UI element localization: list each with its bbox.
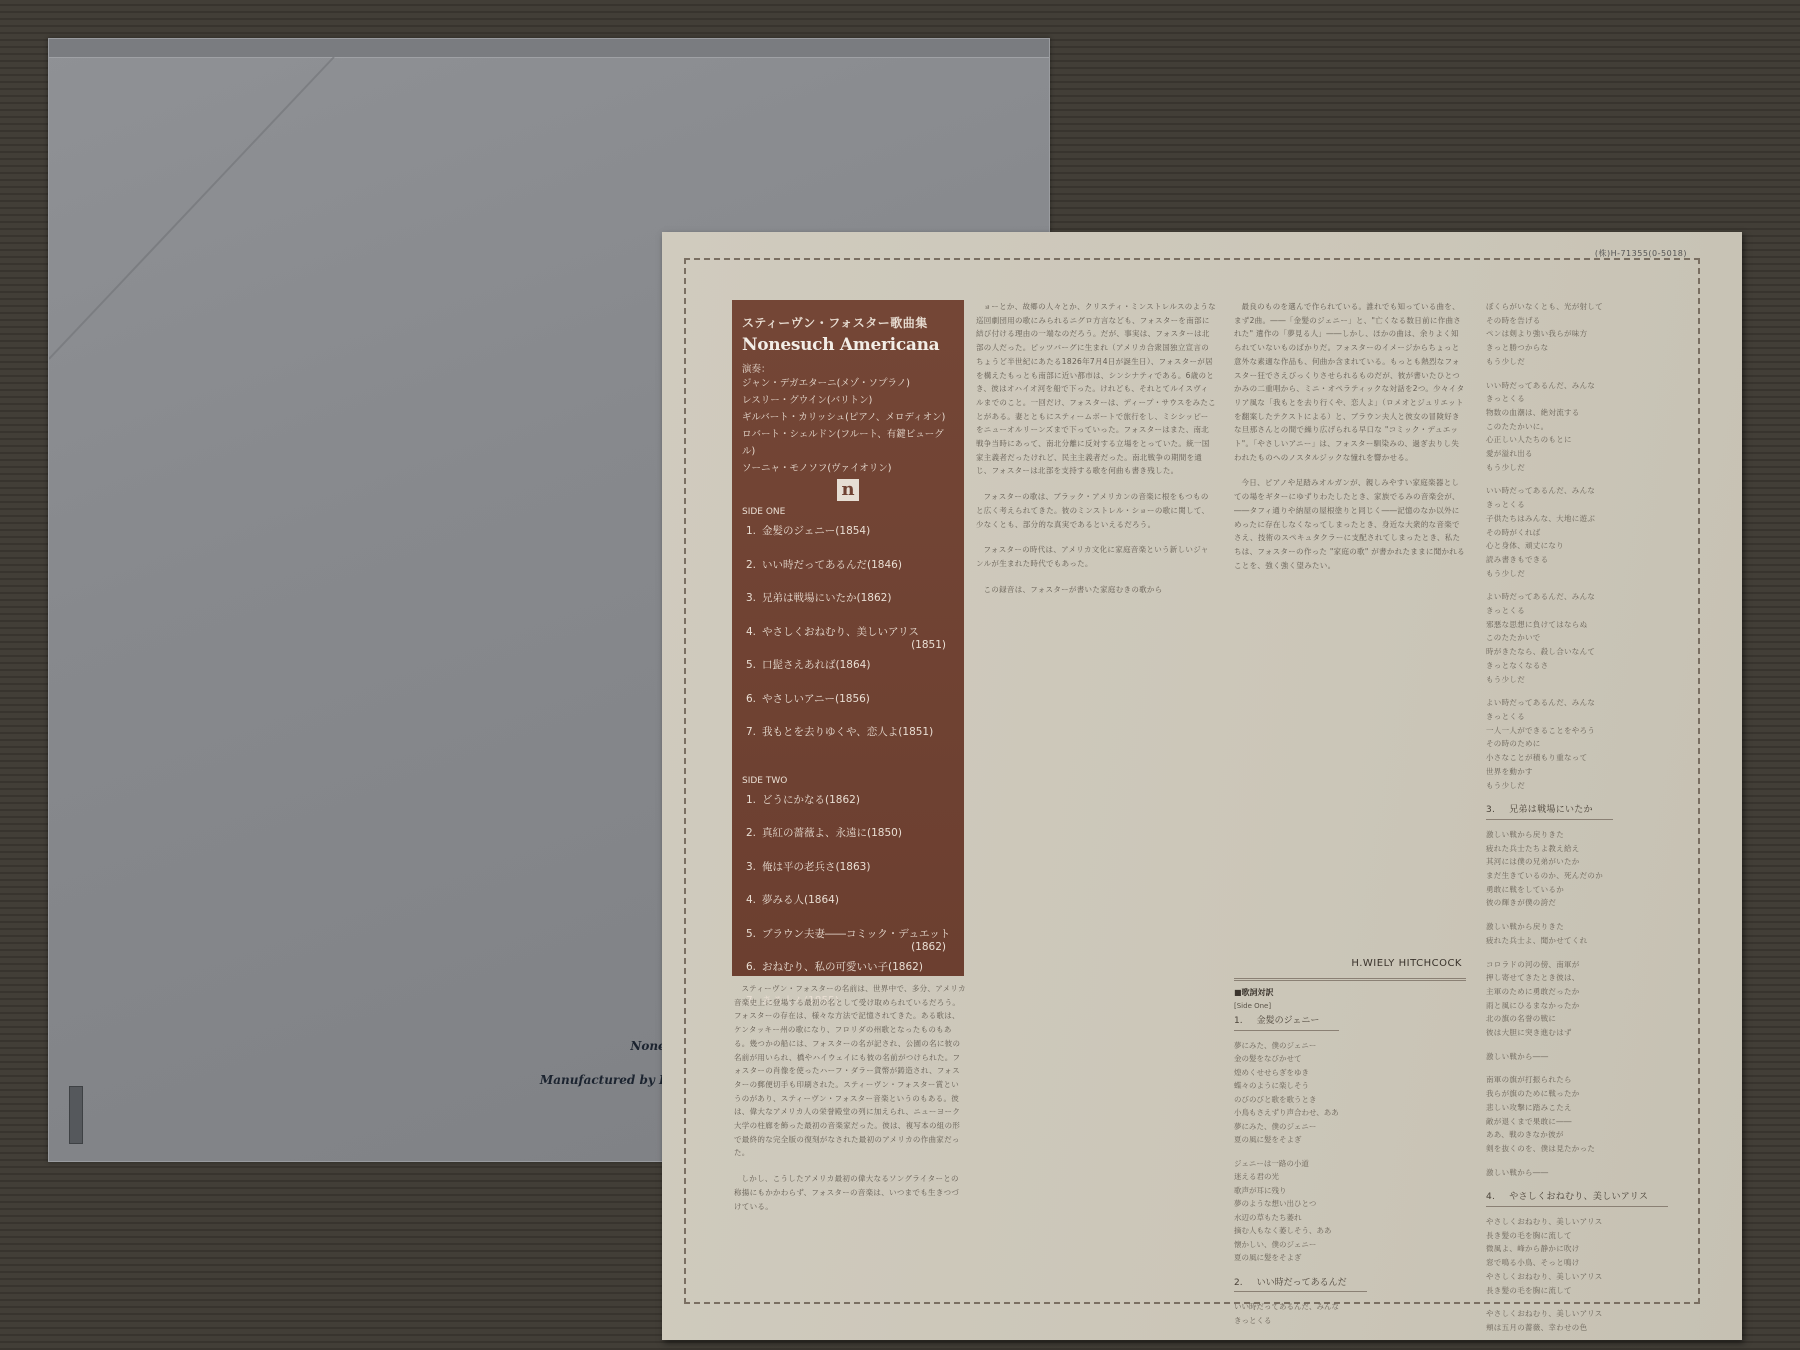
lyric-line: 迷える君の光 [1234,1170,1466,1184]
lyric-line: 心正しい人たちのもとに [1486,433,1686,447]
lyric-line: きっと勝つからな [1486,341,1686,355]
track-number: 5. [746,659,762,671]
lyric-line: もう少しだ [1486,779,1686,793]
song-number: 3. [1486,805,1495,815]
track-number: 4. [746,626,762,638]
dashed-border-frame: スティーヴン・フォスター歌曲集 Nonesuch Americana 演奏： ジ… [684,258,1700,1304]
performers-label: 演奏： [742,361,954,375]
track-title: 我もとを去りゆくや、恋人よ [762,726,898,738]
lyric-line: 北の旗の名誉の戦に [1486,1012,1686,1026]
lyric-line: 時がきたなら、殺し合いなんて [1486,645,1686,659]
track-title: 兄弟は戦場にいたか [762,592,857,604]
essay-paragraph: フォスターの歌は、ブラック・アメリカンの音楽に根をもつものと広く考えられてきた。… [976,490,1216,531]
track-number: 6. [746,961,762,973]
lyric-line: 悲しい攻撃に踏みこたえ [1486,1101,1686,1115]
lyric-line: やさしくおねむり、美しいアリス [1486,1307,1686,1321]
track-number: 6. [746,693,762,705]
track-number: 3. [746,592,762,604]
track-year: (1846) [867,559,902,571]
lyric-line: 子供たちはみんな、大地に遊ぶ [1486,512,1686,526]
sleeve-barcode-sticker [69,1086,83,1144]
lyric-line: いい時だってあるんだ、みんな [1486,484,1686,498]
lyric-line: 蝶々のように楽しそう [1234,1079,1466,1093]
lyric-line: 主軍のために勇敢だったか [1486,985,1686,999]
essay-paragraph: ョーとか、故郷の人々とか、クリスティ・ミンストレルスのような巡回劇団用の歌にみら… [976,300,1216,478]
track-year: (1854) [835,525,870,537]
lyric-stanza: 激しい戦から―― [1486,1166,1686,1180]
song-number: 4. [1486,1192,1495,1202]
essay-paragraph: フォスターの時代は、アメリカ文化に家庭音楽という新しいジャンルが生まれた時代でも… [976,543,1216,570]
essay-column-2: ョーとか、故郷の人々とか、クリスティ・ミンストレルスのような巡回劇団用の歌にみら… [976,300,1216,1340]
series-brand: Nonesuch Americana [742,335,954,355]
lyric-line: コロラドの河の傍、南軍が [1486,958,1686,972]
song-heading: 1.金髪のジェニー [1234,1015,1339,1031]
song-title: 兄弟は戦場にいたか [1509,805,1593,815]
lyric-line: 疲れた兵士よ、聞かせてくれ [1486,934,1686,948]
lyric-line: その時を告げる [1486,314,1686,328]
track-item: 3.俺は平の老兵さ(1863) [742,859,954,893]
essay-author: H.WIELY HITCHCOCK [1234,958,1462,969]
lyric-stanza: 夢にみた、僕のジェニー金の髪をなびかせて煌めくせせらぎをゆき蝶々のように楽しそう… [1234,1039,1466,1147]
song-number: 1. [1234,1016,1243,1026]
lyric-line: 邪悪な思想に負けてはならぬ [1486,618,1686,632]
lyric-line: 我らが旗のために戦ったか [1486,1087,1686,1101]
lyric-stanza: 南軍の旗が打振られたら我らが旗のために戦ったか悲しい攻撃に踏みこたえ敵が退くまで… [1486,1073,1686,1155]
lyric-line: きっとくる [1486,498,1686,512]
lyric-line: 煌めくせせらぎをゆき [1234,1066,1466,1080]
lyric-line: 読み書きもできる [1486,553,1686,567]
track-item: 5.口髭さえあれば(1864) [742,657,954,691]
lyric-line: 水辺の草もたち萎れ [1234,1211,1466,1225]
lyric-line: きっとくる [1486,710,1686,724]
lyric-line: 夏の風に髪をそよぎ [1234,1133,1466,1147]
lyric-line: 敵が退くまで果敢に―― [1486,1115,1686,1129]
track-year: (1864) [836,659,871,671]
track-item: 4.夢みる人(1864) [742,892,954,926]
lyric-line: 南軍の旗が打振られたら [1486,1073,1686,1087]
essay-paragraph: この録音は、フォスターが書いた家庭むきの歌から [976,583,1216,597]
lyric-stanza: やさしくおねむり、美しいアリス長き髪の毛を胸に流して微風よ、峰から静かに吹け窓で… [1486,1215,1686,1297]
lyric-stanza: ぼくらがいなくとも、光が射してその時を告げるペンは剣より強い我らが味方きっと勝つ… [1486,300,1686,369]
lyric-line: きっとくる [1234,1314,1466,1328]
track-title: 夢みる人 [762,894,804,906]
track-item: 3.兄弟は戦場にいたか(1862) [742,590,954,624]
lyric-line: きっとくる [1486,392,1686,406]
lyric-line: きっとくる [1486,604,1686,618]
lyric-line: 彼の輝きが僕の誇だ [1486,896,1686,910]
lyric-line: 夢のような想い出ひとつ [1234,1197,1466,1211]
side-two-label: SIDE TWO [742,776,954,786]
track-number: 1. [746,525,762,537]
lyric-line: 頬は五月の薔薇、幸わせの色 [1486,1321,1686,1335]
performer: ジャン・デガエターニ(メゾ・ソプラノ) [742,375,954,392]
essay-column-3: 最良のものを選んで作られている。誰れでも知っている曲を、まず2曲。――「金髪のジ… [1234,300,1466,960]
lyric-line: 歌声が耳に残り [1234,1184,1466,1198]
lyric-line: 雨と風にひるまなかったか [1486,999,1686,1013]
song-title: いい時だってあるんだ [1257,1278,1347,1288]
lyric-line: 激しい戦から―― [1486,1050,1686,1064]
lyric-line: このたたかいで [1486,631,1686,645]
lyric-line: 小鳥もさえずり声合わせ、ああ [1234,1106,1466,1120]
lyric-stanza: 激しい戦から戻りきた疲れた兵士たちよ教え給え其河には僕の兄弟がいたかまだ生きてい… [1486,828,1686,910]
lyric-line: ジェニーは一路の小道 [1234,1157,1466,1171]
lyric-stanza: ジェニーは一路の小道迷える君の光歌声が耳に残り夢のような想い出ひとつ水辺の草もた… [1234,1157,1466,1265]
side-one-label: SIDE ONE [742,507,954,517]
performer: レスリー・グウイン(バリトン) [742,392,954,409]
lyrics-column-4: ぼくらがいなくとも、光が射してその時を告げるペンは剣より強い我らが味方きっと勝つ… [1486,300,1686,1340]
song-title: 金髪のジェニー [1257,1016,1320,1026]
lyric-line: よい時だってあるんだ、みんな [1486,696,1686,710]
track-number: 1. [746,794,762,806]
lyric-line: このたたかいに。 [1486,420,1686,434]
track-item: 2.いい時だってあるんだ(1846) [742,557,954,591]
lyric-line: 勇敢に戦をしているか [1486,883,1686,897]
lyric-line: 夢にみた、僕のジェニー [1234,1120,1466,1134]
track-year: (1862) [746,941,954,953]
lyrics-translation-block: ■歌詞対訳 [Side One] 1.金髪のジェニー夢にみた、僕のジェニー金の髪… [1234,986,1466,1336]
track-title: 真紅の薔薇よ、永遠に [762,827,867,839]
lyric-stanza: よい時だってあるんだ、みんなきっとくる邪悪な思想に負けてはならぬこのたたかいで時… [1486,590,1686,686]
lyric-line: もう少しだ [1486,355,1686,369]
title-box: スティーヴン・フォスター歌曲集 Nonesuch Americana 演奏： ジ… [732,300,964,976]
lyric-line: 世界を動かす [1486,765,1686,779]
side-one-tracklist: 1.金髪のジェニー(1854)2.いい時だってあるんだ(1846)3.兄弟は戦場… [742,523,954,758]
lyric-stanza: いい時だってあるんだ、みんなきっとくる [1234,1300,1466,1327]
lyric-line: 一人一人ができることをやろう [1486,724,1686,738]
song-number: 2. [1234,1278,1243,1288]
track-year: (1862) [825,794,860,806]
track-title: 俺は平の老兵さ [762,861,836,873]
track-year: (1862) [857,592,892,604]
performers-list: ジャン・デガエターニ(メゾ・ソプラノ)レスリー・グウイン(バリトン)ギルバート・… [742,375,954,477]
essay-paragraph: 今日、ピアノや足踏みオルガンが、親しみやすい家庭楽器としての場をギターにゆずりわ… [1234,476,1466,572]
lyric-stanza: いい時だってあるんだ、みんなきっとくる物数の血潮は、絶対流するこのたたかいに。心… [1486,379,1686,475]
lyric-line: 小さなことが積もり重なって [1486,751,1686,765]
lyric-line: 微風よ、峰から静かに吹け [1486,1242,1686,1256]
track-year: (1851) [746,639,954,651]
track-item: 4.やさしくおねむり、美しいアリス(1851) [742,624,954,658]
lyric-stanza: 激しい戦から戻りきた疲れた兵士よ、聞かせてくれ [1486,920,1686,947]
lyric-line: 激しい戦から戻りきた [1486,920,1686,934]
track-number: 2. [746,559,762,571]
lyric-line: のびのびと歌を歌うとき [1234,1093,1466,1107]
performer: ソーニャ・モノソフ(ヴァイオリン) [742,460,954,477]
lyric-line: 其河には僕の兄弟がいたか [1486,855,1686,869]
track-number: 3. [746,861,762,873]
lyric-line: 彼は大胆に突き進むはず [1486,1026,1686,1040]
track-year: (1850) [867,827,902,839]
lyric-line: やさしくおねむり、美しいアリス [1486,1215,1686,1229]
track-title: 金髪のジェニー [762,525,835,537]
song-heading: 4.やさしくおねむり、美しいアリス [1486,1191,1668,1207]
song-heading: 2.いい時だってあるんだ [1234,1277,1367,1293]
lyric-line: 長き髪の毛を胸に流して [1486,1229,1686,1243]
track-title: やさしくおねむり、美しいアリス [762,626,919,638]
lyric-line: 夏の風に髪をそよぎ [1234,1251,1466,1265]
track-title: どうにかなる [762,794,825,806]
lyric-line: 懐かしい、僕のジェニー [1234,1238,1466,1252]
track-item: 2.真紅の薔薇よ、永遠に(1850) [742,825,954,859]
lyric-line: 心と身体、頑丈になり [1486,539,1686,553]
performer: ギルバート・カリッシュ(ピアノ、メロディオン) [742,409,954,426]
song-title: やさしくおねむり、美しいアリス [1509,1192,1648,1202]
lyric-line: きっとなくなるさ [1486,659,1686,673]
lyric-stanza: やさしくおねむり、美しいアリス頬は五月の薔薇、幸わせの色 [1486,1307,1686,1334]
lyric-line: 物数の血潮は、絶対流する [1486,406,1686,420]
lyric-line: その時がくれば [1486,526,1686,540]
performer: ロバート・シェルドン(フルート、有鍵ビューグル) [742,426,954,460]
lyric-line: よい時だってあるんだ、みんな [1486,590,1686,604]
track-year: (1864) [804,894,839,906]
lyric-line: ぼくらがいなくとも、光が射して [1486,300,1686,314]
lyric-line: 夢にみた、僕のジェニー [1234,1039,1466,1053]
track-item: 7.我もとを去りゆくや、恋人よ(1851) [742,724,954,758]
lyric-line: 疲れた兵士たちよ教え給え [1486,842,1686,856]
track-title: おねむり、私の可愛いい子 [762,961,888,973]
track-item: 6.やさしいアニー(1856) [742,691,954,725]
lyric-line: ああ、戦のきなか彼が [1486,1128,1686,1142]
track-year: (1863) [836,861,871,873]
track-title: ブラウン夫妻――コミック・デュエット [762,928,950,940]
track-item: 1.金髪のジェニー(1854) [742,523,954,557]
lyric-line: 押し寄せてきたとき彼は、 [1486,971,1686,985]
track-number: 5. [746,928,762,940]
track-title: いい時だってあるんだ [762,559,867,571]
track-year: (1862) [888,961,923,973]
lyric-stanza: よい時だってあるんだ、みんなきっとくる一人一人ができることをやろうその時のために… [1486,696,1686,792]
section-divider [1234,978,1466,981]
lyric-stanza: 激しい戦から―― [1486,1050,1686,1064]
track-number: 7. [746,726,762,738]
lyric-line: やさしくおねむり、美しいアリス [1486,1270,1686,1284]
lyric-line: もう少しだ [1486,567,1686,581]
track-item: 1.どうにかなる(1862) [742,792,954,826]
track-title: 口髭さえあれば [762,659,836,671]
lyric-stanza: コロラドの河の傍、南軍が押し寄せてきたとき彼は、主軍のために勇敢だったか雨と風に… [1486,958,1686,1040]
nonesuch-logo-icon: n [837,479,859,501]
lyric-line: いい時だってあるんだ、みんな [1234,1300,1466,1314]
track-item: 5.ブラウン夫妻――コミック・デュエット(1862) [742,926,954,960]
track-number: 2. [746,827,762,839]
lyric-line: 剣を抜くのを、僕は見たかった [1486,1142,1686,1156]
essay-column-1: スティーヴン・フォスターの名前は、世界中で、多分、アメリカ音楽史上に登場する最初… [734,982,966,1332]
track-year: (1851) [898,726,933,738]
lyric-line: 激しい戦から―― [1486,1166,1686,1180]
lyrics-label: ■歌詞対訳 [1234,986,1466,1000]
lyric-stanza: いい時だってあるんだ、みんなきっとくる子供たちはみんな、大地に遊ぶその時がくれば… [1486,484,1686,580]
lyric-line: まだ生きているのか、死んだのか [1486,869,1686,883]
lyric-line: いい時だってあるんだ、みんな [1486,379,1686,393]
lyric-line: ペンは剣より強い我らが味方 [1486,327,1686,341]
lyrics-side-label: [Side One] [1234,1000,1466,1014]
album-heading: スティーヴン・フォスター歌曲集 [742,314,954,331]
lyric-line: 摘む人もなく萎しそう、ああ [1234,1224,1466,1238]
track-number: 4. [746,894,762,906]
liner-notes-insert: (株)H-71355(0-5018) スティーヴン・フォスター歌曲集 Nones… [662,232,1742,1340]
lyric-line: 激しい戦から戻りきた [1486,828,1686,842]
lyric-line: もう少しだ [1486,461,1686,475]
lyric-line: 金の髪をなびかせて [1234,1052,1466,1066]
track-year: (1856) [835,693,870,705]
track-title: やさしいアニー [762,693,835,705]
lyric-line: その時のために [1486,737,1686,751]
lyric-line: 窓で鳴る小鳥、そっと鳴け [1486,1256,1686,1270]
lyric-line: 愛が溢れ出る [1486,447,1686,461]
lyric-line: もう少しだ [1486,673,1686,687]
essay-paragraph: 最良のものを選んで作られている。誰れでも知っている曲を、まず2曲。――「金髪のジ… [1234,300,1466,464]
song-heading: 3.兄弟は戦場にいたか [1486,804,1613,820]
lyric-line: 長き髪の毛を胸に流して [1486,1284,1686,1298]
essay-paragraph: スティーヴン・フォスターの名前は、世界中で、多分、アメリカ音楽史上に登場する最初… [734,982,966,1160]
essay-paragraph: しかし、こうしたアメリカ最初の偉大なるソングライターとの称揚にもかかわらず、フォ… [734,1172,966,1213]
